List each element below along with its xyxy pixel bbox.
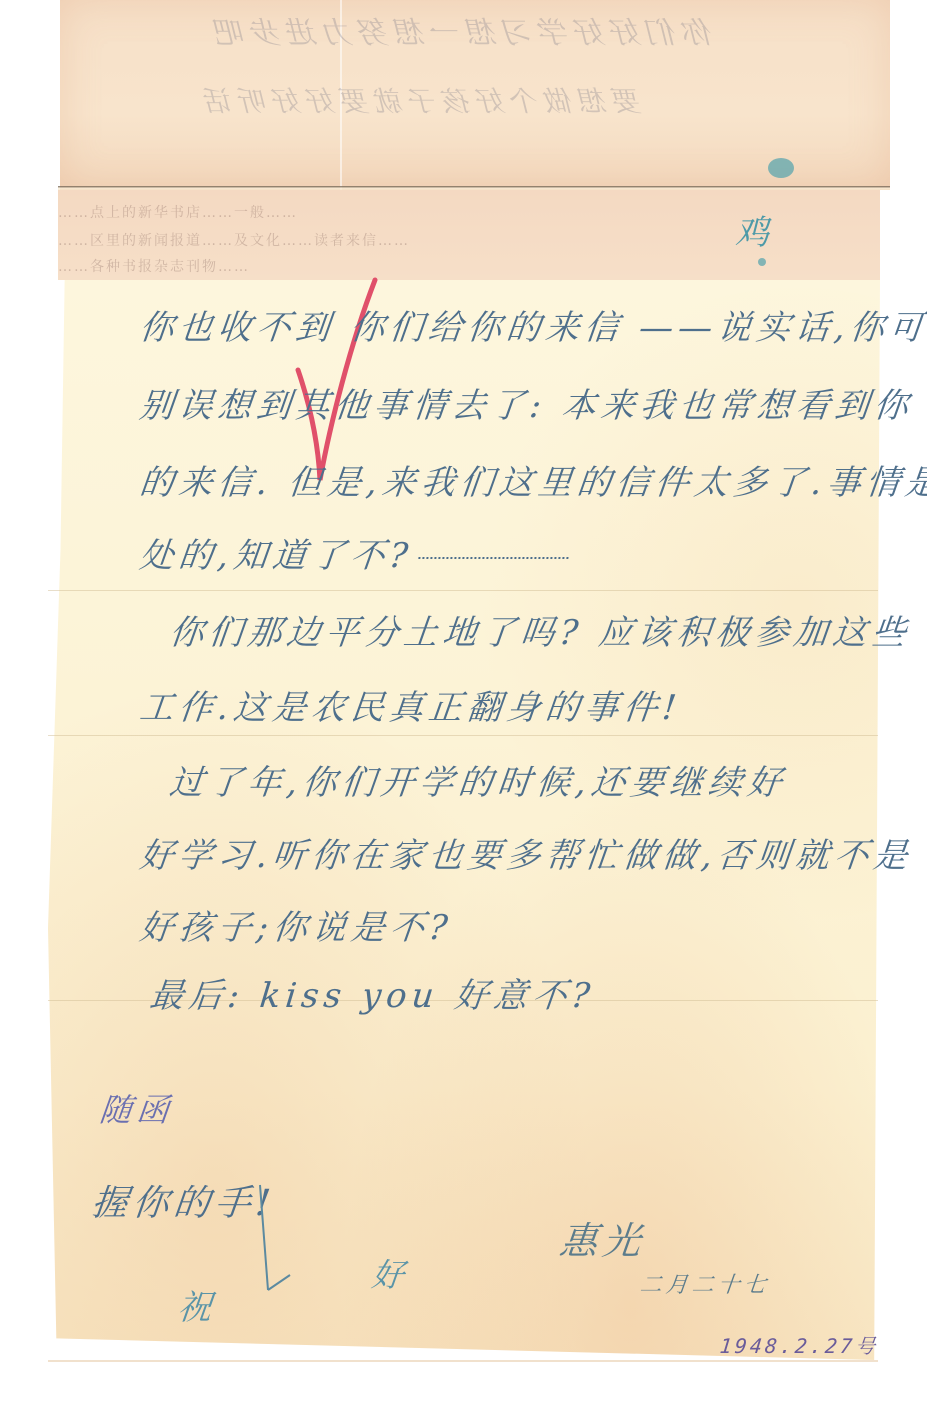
letter-line-8: 好学习.听你在家也要多帮忙做做,否则就不是 — [137, 828, 915, 877]
print-row: ……区里的新闻报道……及文化……读者来信…… — [58, 230, 410, 250]
print-row: ……点上的新华书店……一般…… — [58, 202, 298, 222]
letter-line-4-text: 处的,知道了不? — [138, 536, 415, 576]
corner-mark: 鸡 — [735, 205, 769, 254]
ink-blot — [768, 158, 794, 178]
letter-line-2: 别误想到其他事情去了: 本来我也常想看到你 — [137, 378, 915, 427]
letter-line-4: 处的,知道了不? — [137, 528, 571, 577]
closing-salutation: 随函 — [98, 1085, 177, 1131]
flap-bleed-text-2: 要想做个好孩子就要好好听话 — [200, 80, 642, 120]
arrow-stroke-icon — [240, 1180, 300, 1300]
closing-word-left: 祝 — [175, 1280, 219, 1329]
paper-bottom-edge — [48, 1360, 878, 1362]
letter-line-6: 工作.这是农民真正翻身的事件! — [137, 680, 684, 729]
flap-bleed-text-1: 你们好好学习想一想努力进步吧 — [210, 8, 714, 52]
letter-line-9: 好孩子;你说是不? — [137, 900, 455, 949]
signature-date: 二月二十七 — [638, 1268, 771, 1299]
archive-date: 1948.2.27号 — [718, 1330, 879, 1359]
ellipsis-dots — [418, 557, 568, 559]
letter-line-1: 你也收不到 你们给你的来信 ——说实话,你可 — [137, 300, 927, 349]
ink-blot — [758, 258, 766, 266]
print-row: ……各种书报杂志刊物…… — [58, 256, 250, 276]
signature: 惠光 — [557, 1210, 649, 1265]
letter-line-5: 你们那边平分土地了吗? 应该积极参加这些 — [167, 605, 913, 654]
letter-line-3: 的来信. 但是,来我们这里的信件太多了.事情是没有好 — [137, 455, 927, 504]
paper-fold — [48, 735, 878, 736]
paper-fold — [48, 590, 878, 591]
letter-line-10: 最后: kiss you 好意不? — [147, 968, 597, 1017]
letter-line-7: 过了年,你们开学的时候,还要继续好 — [167, 755, 789, 804]
closing-word-right: 好 — [370, 1250, 412, 1296]
folded-flap: 你们好好学习想一想努力进步吧 要想做个好孩子就要好好听话 — [60, 0, 890, 190]
